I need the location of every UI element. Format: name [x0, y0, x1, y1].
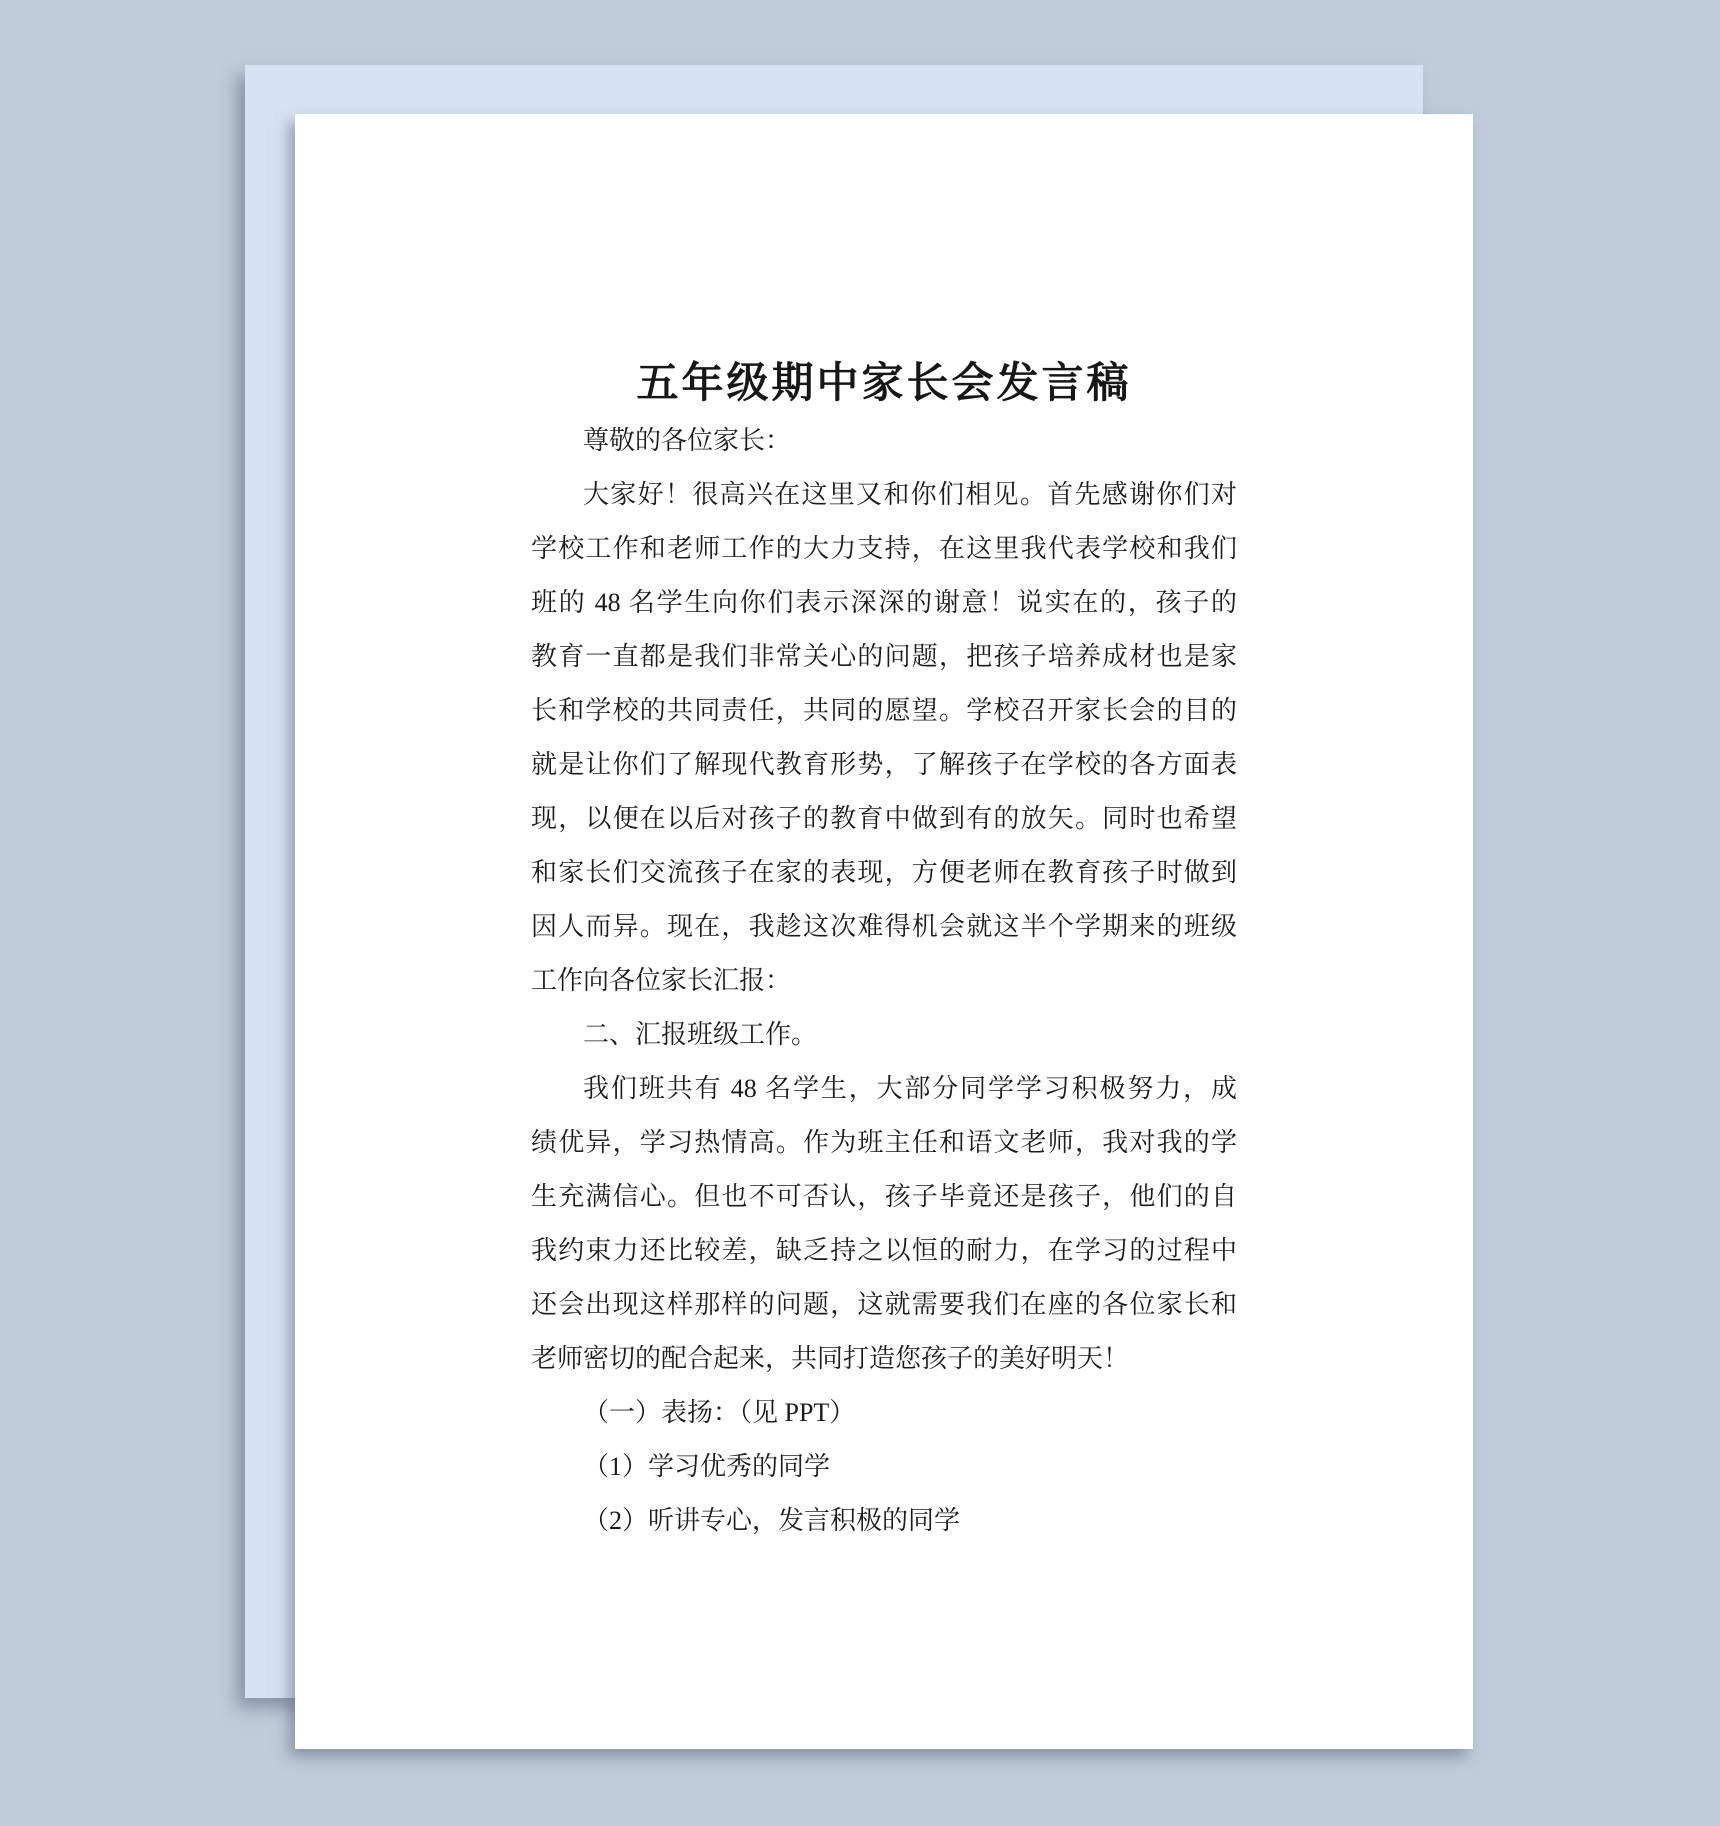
text-line: 和家长们交流孩子在家的表现，方便老师在教育孩子时做到: [531, 846, 1237, 900]
text-line: 大家好！很高兴在这里又和你们相见。首先感谢你们对: [531, 468, 1237, 522]
text-line: （一）表扬：（见 PPT）: [531, 1386, 1237, 1440]
text-line: 绩优异，学习热情高。作为班主任和语文老师，我对我的学: [531, 1116, 1237, 1170]
document-page: 五年级期中家长会发言稿 尊敬的各位家长：大家好！很高兴在这里又和你们相见。首先感…: [295, 114, 1473, 1749]
text-line: 还会出现这样那样的问题，这就需要我们在座的各位家长和: [531, 1278, 1237, 1332]
text-line: （1）学习优秀的同学: [531, 1440, 1237, 1494]
document-title: 五年级期中家长会发言稿: [531, 360, 1237, 408]
text-line: 老师密切的配合起来，共同打造您孩子的美好明天！: [531, 1332, 1237, 1386]
document-body: 尊敬的各位家长：大家好！很高兴在这里又和你们相见。首先感谢你们对学校工作和老师工…: [531, 414, 1237, 1548]
text-line: 我们班共有 48 名学生，大部分同学学习积极努力，成: [531, 1062, 1237, 1116]
text-line: 我约束力还比较差，缺乏持之以恒的耐力，在学习的过程中: [531, 1224, 1237, 1278]
text-line: 长和学校的共同责任，共同的愿望。学校召开家长会的目的: [531, 684, 1237, 738]
text-line: 因人而异。现在，我趁这次难得机会就这半个学期来的班级: [531, 900, 1237, 954]
text-line: 工作向各位家长汇报：: [531, 954, 1237, 1008]
text-line: 生充满信心。但也不可否认，孩子毕竟还是孩子，他们的自: [531, 1170, 1237, 1224]
text-line: 学校工作和老师工作的大力支持，在这里我代表学校和我们: [531, 522, 1237, 576]
text-line: 尊敬的各位家长：: [531, 414, 1237, 468]
text-line: 就是让你们了解现代教育形势，了解孩子在学校的各方面表: [531, 738, 1237, 792]
text-line: 教育一直都是我们非常关心的问题，把孩子培养成材也是家: [531, 630, 1237, 684]
text-line: 现，以便在以后对孩子的教育中做到有的放矢。同时也希望: [531, 792, 1237, 846]
text-line: （2）听讲专心，发言积极的同学: [531, 1494, 1237, 1548]
text-line: 二、汇报班级工作。: [531, 1008, 1237, 1062]
text-line: 班的 48 名学生向你们表示深深的谢意！说实在的，孩子的: [531, 576, 1237, 630]
